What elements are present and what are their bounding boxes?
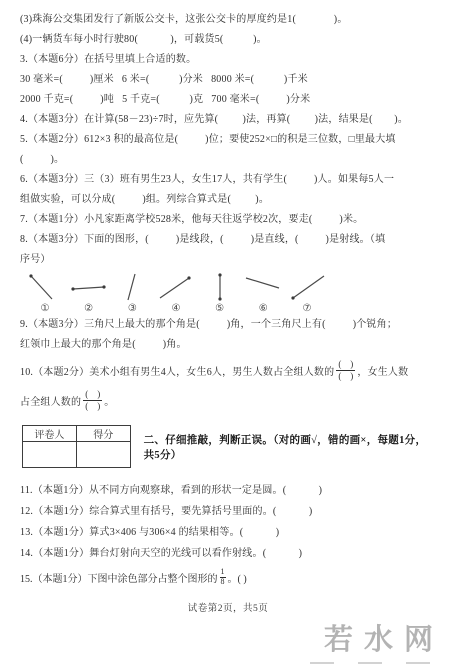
section2-questions: 11.（本题1分）从不同方向观察球，看到的形状一定是圆。( ) 12.（本题1分… (20, 480, 436, 590)
q15-text-before: 15.（本题1分）下图中涂色部分占整个图形的 (20, 570, 218, 585)
section2-title: 二、仔细推敲，判断正误。（对的画√，错的画×，每题1分，共5分） (144, 432, 436, 462)
grader-score-table: 评卷人 得分 (22, 425, 131, 468)
q8-figures-row: ① ② ③ ④ ⑤ (26, 272, 326, 315)
fraction-blank: ( ) ( ) (83, 390, 102, 411)
figure-number-label: ② (84, 303, 93, 315)
ray-figure-icon (26, 272, 64, 302)
q10-text-b1: 占全组人数的 (20, 393, 81, 408)
ray-figure-icon (157, 272, 195, 302)
q6-line1: 6.（本题3分）三（3）班有男生23人，女生17人，共有学生( )人。如果每5人… (20, 170, 436, 190)
figure-item: ⑤ (201, 272, 239, 315)
q2-sub4-line: (4)一辆货车每小时行驶80( )，可载货5( )。 (20, 30, 436, 50)
figure-item: ⑦ (288, 272, 326, 315)
score-value-cell (76, 442, 130, 468)
fraction-numerator: ( ) (336, 360, 355, 371)
fraction-denominator: ( ) (336, 371, 355, 381)
ray-figure-icon (288, 272, 326, 302)
q4-line: 4.（本题3分）在计算(58－23)÷7时，应先算( )法，再算( )法，结果是… (20, 110, 436, 130)
figure-item: ⑥ (244, 272, 282, 315)
figure-item: ② (70, 272, 108, 315)
line-figure-icon (113, 272, 151, 302)
q6-line2: 组做实验，可以分成( )组。列综合算式是( )。 (20, 190, 436, 210)
segment-figure-icon (201, 272, 239, 302)
q10-line1: 10.（本题2分）美术小组有男生4人，女生6人，男生人数占全组人数的 ( ) (… (20, 355, 436, 385)
q14-line: 14.（本题1分）舞台灯射向天空的光线可以看作射线。( ) (20, 543, 436, 564)
fraction-numerator: ( ) (83, 390, 102, 401)
figure-number-label: ⑤ (215, 303, 224, 315)
q10-text-b2: 。 (104, 393, 114, 408)
score-header-cell: 得分 (76, 426, 130, 442)
q11-line: 11.（本题1分）从不同方向观察球，看到的形状一定是圆。( ) (20, 480, 436, 501)
q2-sub3-line: (3)珠海公交集团发行了新版公交卡，这张公交卡的厚度约是1( )。 (20, 10, 436, 30)
q9-line1: 9.（本题3分）三角尺上最大的那个角是( )角，一个三角尺上有( )个锐角； (20, 315, 436, 335)
section2-header-row: 评卷人 得分 二、仔细推敲，判断正误。（对的画√，错的画×，每题1分，共5分） (20, 425, 436, 468)
q13-line: 13.（本题1分）算式3×406 与306×4 的结果相等。( ) (20, 522, 436, 543)
figure-number-label: ③ (128, 303, 137, 315)
grader-header-cell: 评卷人 (23, 426, 77, 442)
q5-line2: ( )。 (20, 150, 436, 170)
fraction-blank: ( ) ( ) (336, 360, 355, 381)
figure-number-label: ④ (171, 303, 180, 315)
q12-line: 12.（本题1分）综合算式里有括号，要先算括号里面的。( ) (20, 501, 436, 522)
q8-line2: 序号） (20, 250, 436, 270)
q10-text-a2: ，女生人数 (357, 363, 408, 378)
fraction-denominator: ( ) (83, 401, 102, 411)
fraction-numerator: 1 (220, 568, 226, 578)
q8-line1: 8.（本题3分）下面的图形，( )是线段，( )是直线，( )是射线。（填 (20, 230, 436, 250)
figure-item: ① (26, 272, 64, 315)
fraction-denominator: 8 (220, 578, 226, 587)
q15-line: 15.（本题1分）下图中涂色部分占整个图形的 1 8 。( ) (20, 564, 436, 590)
q10-line2: 占全组人数的 ( ) ( ) 。 (20, 385, 436, 415)
figure-number-label: ⑥ (259, 303, 268, 315)
grader-value-cell (23, 442, 77, 468)
watermark-text: 若水网 (324, 626, 444, 655)
figure-item: ④ (157, 272, 195, 315)
exam-page: (3)珠海公交集团发行了新版公交卡，这张公交卡的厚度约是1( )。 (4)一辆货… (0, 0, 450, 669)
figure-item: ③ (113, 272, 151, 315)
figure-number-label: ① (41, 303, 50, 315)
page-footer: 试卷第2页，共5页 (20, 600, 436, 614)
segment-figure-icon (70, 272, 108, 302)
watermark-sub-marks (310, 662, 430, 664)
q15-text-after: 。( ) (228, 570, 247, 585)
q5-line1: 5.（本题2分）612×3 积的最高位是( )位；要使252×□的积是三位数，□… (20, 130, 436, 150)
line-figure-icon (244, 272, 282, 302)
figure-number-label: ⑦ (302, 303, 311, 315)
q3-row2-line: 2000 千克=( )吨 5 千克=( )克 700 毫米=( )分米 (20, 90, 436, 110)
q9-line2: 红领巾上最大的那个角是( )角。 (20, 335, 436, 355)
q10-text-a1: 10.（本题2分）美术小组有男生4人，女生6人，男生人数占全组人数的 (20, 363, 334, 378)
q7-line: 7.（本题1分）小凡家距离学校528米，他每天往返学校2次，要走( )米。 (20, 210, 436, 230)
q3-row1-line: 30 毫米=( )厘米 6 米=( )分米 8000 米=( )千米 (20, 70, 436, 90)
fraction-one-eighth: 1 8 (220, 568, 226, 587)
q3-stem-line: 3.（本题6分）在括号里填上合适的数。 (20, 50, 436, 70)
